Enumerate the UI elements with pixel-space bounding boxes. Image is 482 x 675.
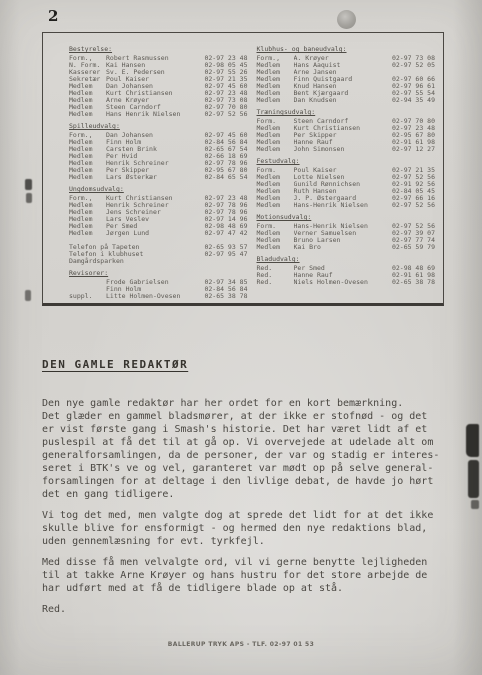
roster-row: suppl. Litte Holmen-Ovesen 02-65 38 78 bbox=[69, 293, 248, 300]
name-cell: Henrik Schreiner bbox=[106, 160, 204, 167]
hole-punch-mark bbox=[337, 10, 356, 29]
name-cell: Finn Quistgaard bbox=[294, 76, 392, 83]
name-cell: Hanne Rauf bbox=[294, 272, 392, 279]
name-cell: Per Smed bbox=[106, 223, 204, 230]
roster-row: Medlem Jørgen Lund 02-97 47 42 bbox=[69, 230, 248, 237]
section-rows: Telefon på Tapeten 02-65 93 57 Telefon i… bbox=[69, 244, 248, 265]
roster-section: Træningsudvalg: Form. Steen Carndorf 02-… bbox=[257, 109, 436, 153]
name-cell: Finn Holm bbox=[106, 139, 204, 146]
page-number: 2 bbox=[48, 7, 58, 25]
name-cell: Gunild Rønnichsen bbox=[294, 181, 392, 188]
section-rows: Form. Steen Carndorf 02-97 70 80 Medlem … bbox=[257, 118, 436, 153]
roster-section: Festudvalg: Form. Poul Kaiser 02-97 21 3… bbox=[257, 158, 436, 209]
name-cell: Verner Samuelsen bbox=[294, 230, 392, 237]
roster-left-column: Bestyrelse: Form., Robert Rasmussen 02-9… bbox=[69, 46, 248, 303]
name-cell: Lars Veslev bbox=[106, 216, 204, 223]
section-rows: Form., Kurt Christiansen 02-97 23 48 Med… bbox=[69, 195, 248, 237]
name-cell: Hans Aaquist bbox=[294, 62, 392, 69]
phone-cell: 02-97 95 47 bbox=[204, 251, 247, 258]
section-rows: Form., Dan Johansen 02-97 45 60 Medlem F… bbox=[69, 132, 248, 181]
section-title: Motionsudvalg: bbox=[257, 214, 436, 221]
phone-cell: 02-65 59 79 bbox=[392, 244, 435, 251]
section-title: Revisorer: bbox=[69, 270, 248, 277]
scanned-newsletter-page: 2 Bestyrelse: Form., Robert Rasmussen 02… bbox=[0, 0, 482, 675]
article-heading: DEN GAMLE REDAKTØR bbox=[42, 358, 456, 371]
phone-cell: 02-65 38 78 bbox=[392, 279, 435, 286]
phone-cell: 02-97 52 56 bbox=[392, 202, 435, 209]
name-cell: Niels Holmen-Ovesen bbox=[294, 279, 392, 286]
scan-artifact-left-2 bbox=[26, 193, 32, 203]
section-title: Træningsudvalg: bbox=[257, 109, 436, 116]
name-cell: Poul Kaiser bbox=[106, 76, 204, 83]
name-cell: Per Skipper bbox=[294, 132, 392, 139]
name-cell: Ruth Hansen bbox=[294, 188, 392, 195]
name-cell: Per Hvid bbox=[106, 153, 204, 160]
section-title: Bestyrelse: bbox=[69, 46, 248, 53]
name-cell: Jens Schreiner bbox=[106, 209, 204, 216]
name-cell: J. P. Østergaard bbox=[294, 195, 392, 202]
phone-cell: 02-97 12 27 bbox=[392, 146, 435, 153]
roster-section: Bestyrelse: Form., Robert Rasmussen 02-9… bbox=[69, 46, 248, 118]
article-paragraph: Den nye gamle redaktør har her ordet for… bbox=[42, 397, 456, 501]
section-title: Bladudvalg: bbox=[257, 256, 436, 263]
article-paragraph: Med disse få men velvalgte ord, vil vi g… bbox=[42, 556, 456, 595]
name-cell: Henrik Schreiner bbox=[106, 202, 204, 209]
roster-row: Medlem Dan Knudsen 02-94 35 49 bbox=[257, 97, 436, 104]
roster-row: Medlem Hans Aaquist 02-97 52 05 bbox=[257, 62, 436, 69]
name-cell: Lotte Nielsen bbox=[294, 174, 392, 181]
roster-section: Motionsudvalg: Form. Hans-Henrik Nielsen… bbox=[257, 214, 436, 251]
name-cell: Dan Johansen bbox=[106, 83, 204, 90]
name-cell: Carsten Brink bbox=[106, 146, 204, 153]
role-cell: suppl. bbox=[69, 293, 106, 300]
scan-artifact-right-3 bbox=[471, 500, 479, 509]
section-title: Klubhus- og baneudvalg: bbox=[257, 46, 436, 53]
roster-section: Spilleudvalg: Form., Dan Johansen 02-97 … bbox=[69, 123, 248, 181]
name-cell: Frode Gabrielsen bbox=[106, 279, 204, 286]
section-title: Spilleudvalg: bbox=[69, 123, 248, 130]
scan-artifact-left-1 bbox=[25, 179, 32, 190]
printer-imprint: BALLERUP TRYK APS - TLF. 02-97 01 53 bbox=[0, 641, 482, 648]
role-cell: Medlem bbox=[257, 244, 294, 251]
name-cell: Per Smed bbox=[294, 265, 392, 272]
name-cell: Hans-Henrik Nielsen bbox=[294, 223, 392, 230]
name-cell: Robert Rasmussen bbox=[106, 55, 204, 62]
name-cell: Dan Knudsen bbox=[294, 97, 392, 104]
committee-roster: Bestyrelse: Form., Robert Rasmussen 02-9… bbox=[42, 32, 444, 306]
name-cell: Lars Østerkær bbox=[106, 174, 204, 181]
name-cell: Jørgen Lund bbox=[106, 230, 204, 237]
name-cell: Steen Carndorf bbox=[106, 104, 204, 111]
roster-row: Medlem Hans-Henrik Nielsen 02-97 52 56 bbox=[257, 202, 436, 209]
roster-section: Bladudvalg: Red. Per Smed 02-98 48 69 Re… bbox=[257, 256, 436, 286]
article-paragraph: Vi tog det med, men valgte dog at sprede… bbox=[42, 509, 456, 548]
name-cell: Bent Kjærgaard bbox=[294, 90, 392, 97]
name-cell: Knud Hansen bbox=[294, 83, 392, 90]
section-rows: Form. Poul Kaiser 02-97 21 35 Medlem Lot… bbox=[257, 167, 436, 209]
roster-section: Ungdomsudvalg: Form., Kurt Christiansen … bbox=[69, 186, 248, 237]
name-cell: Litte Holmen-Ovesen bbox=[106, 293, 204, 300]
roster-section: Telefon på Tapeten 02-65 93 57 Telefon i… bbox=[69, 242, 248, 265]
role-cell: Telefon i klubhuset Damgårdsparken bbox=[69, 251, 143, 265]
name-cell: A. Krøyer bbox=[294, 55, 392, 62]
phone-cell: 02-65 38 78 bbox=[204, 293, 247, 300]
name-cell: Kai Bro bbox=[294, 244, 392, 251]
name-cell: Kurt Christiansen bbox=[106, 195, 204, 202]
editor-article: DEN GAMLE REDAKTØR Den nye gamle redaktø… bbox=[42, 358, 456, 616]
scan-artifact-right-1 bbox=[466, 424, 479, 457]
roster-row: Medlem John Simonsen 02-97 12 27 bbox=[257, 146, 436, 153]
name-cell: Arne Krøyer bbox=[106, 97, 204, 104]
section-rows: Frode Gabrielsen 02-97 34 85 Finn Holm 0… bbox=[69, 279, 248, 300]
roster-section: Klubhus- og baneudvalg: Form., A. Krøyer… bbox=[257, 46, 436, 104]
scan-artifact-right-2 bbox=[468, 460, 479, 498]
phone-cell: 02-97 47 42 bbox=[204, 230, 247, 237]
name-cell: Bruno Larsen bbox=[294, 237, 392, 244]
phone-cell: 02-94 35 49 bbox=[392, 97, 435, 104]
roster-row: Telefon i klubhuset Damgårdsparken 02-97… bbox=[69, 251, 248, 265]
roster-row: Medlem Lars Østerkær 02-84 65 54 bbox=[69, 174, 248, 181]
phone-cell: 02-84 65 54 bbox=[204, 174, 247, 181]
role-cell: Medlem bbox=[69, 111, 106, 118]
roster-row: Medlem Kai Bro 02-65 59 79 bbox=[257, 244, 436, 251]
name-cell: Finn Holm bbox=[106, 286, 204, 293]
name-cell: Hanne Rauf bbox=[294, 139, 392, 146]
role-cell: Medlem bbox=[257, 97, 294, 104]
name-cell: Kurt Christiansen bbox=[294, 125, 392, 132]
article-paragraphs: Den nye gamle redaktør har her ordet for… bbox=[42, 397, 456, 595]
roster-row: Medlem Hans Henrik Nielsen 02-97 52 56 bbox=[69, 111, 248, 118]
article-signature: Red. bbox=[42, 603, 456, 616]
section-title: Festudvalg: bbox=[257, 158, 436, 165]
role-cell: Medlem bbox=[69, 174, 106, 181]
roster-section: Revisorer: Frode Gabrielsen 02-97 34 85 bbox=[69, 270, 248, 300]
role-cell: Red. bbox=[257, 279, 294, 286]
role-cell: Medlem bbox=[257, 202, 294, 209]
section-title: Ungdomsudvalg: bbox=[69, 186, 248, 193]
phone-cell: 02-97 52 56 bbox=[204, 111, 247, 118]
name-cell: John Simonsen bbox=[294, 146, 392, 153]
role-cell: Medlem bbox=[69, 230, 106, 237]
name-cell: Dan Johansen bbox=[106, 132, 204, 139]
section-rows: Form., Robert Rasmussen 02-97 23 48 N. F… bbox=[69, 55, 248, 118]
name-cell: Hans-Henrik Nielsen bbox=[294, 202, 392, 209]
scan-artifact-left-3 bbox=[25, 290, 31, 301]
name-cell: Per Skipper bbox=[106, 167, 204, 174]
roster-right-column: Klubhus- og baneudvalg: Form., A. Krøyer… bbox=[257, 46, 436, 303]
name-cell: Sv. E. Pedersen bbox=[106, 69, 204, 76]
section-rows: Form. Hans-Henrik Nielsen 02-97 52 56 Me… bbox=[257, 223, 436, 251]
name-cell: Poul Kaiser bbox=[294, 167, 392, 174]
name-cell: Steen Carndorf bbox=[294, 118, 392, 125]
section-rows: Red. Per Smed 02-98 48 69 Red. Hanne Rau… bbox=[257, 265, 436, 286]
roster-row: Red. Niels Holmen-Ovesen 02-65 38 78 bbox=[257, 279, 436, 286]
name-cell: Kurt Christiansen bbox=[106, 90, 204, 97]
section-rows: Form., A. Krøyer 02-97 73 08 Medlem Hans… bbox=[257, 55, 436, 104]
name-cell: Hans Henrik Nielsen bbox=[106, 111, 204, 118]
name-cell: Kai Hansen bbox=[106, 62, 204, 69]
role-cell: Medlem bbox=[257, 146, 294, 153]
phone-cell: 02-97 52 05 bbox=[392, 62, 435, 69]
